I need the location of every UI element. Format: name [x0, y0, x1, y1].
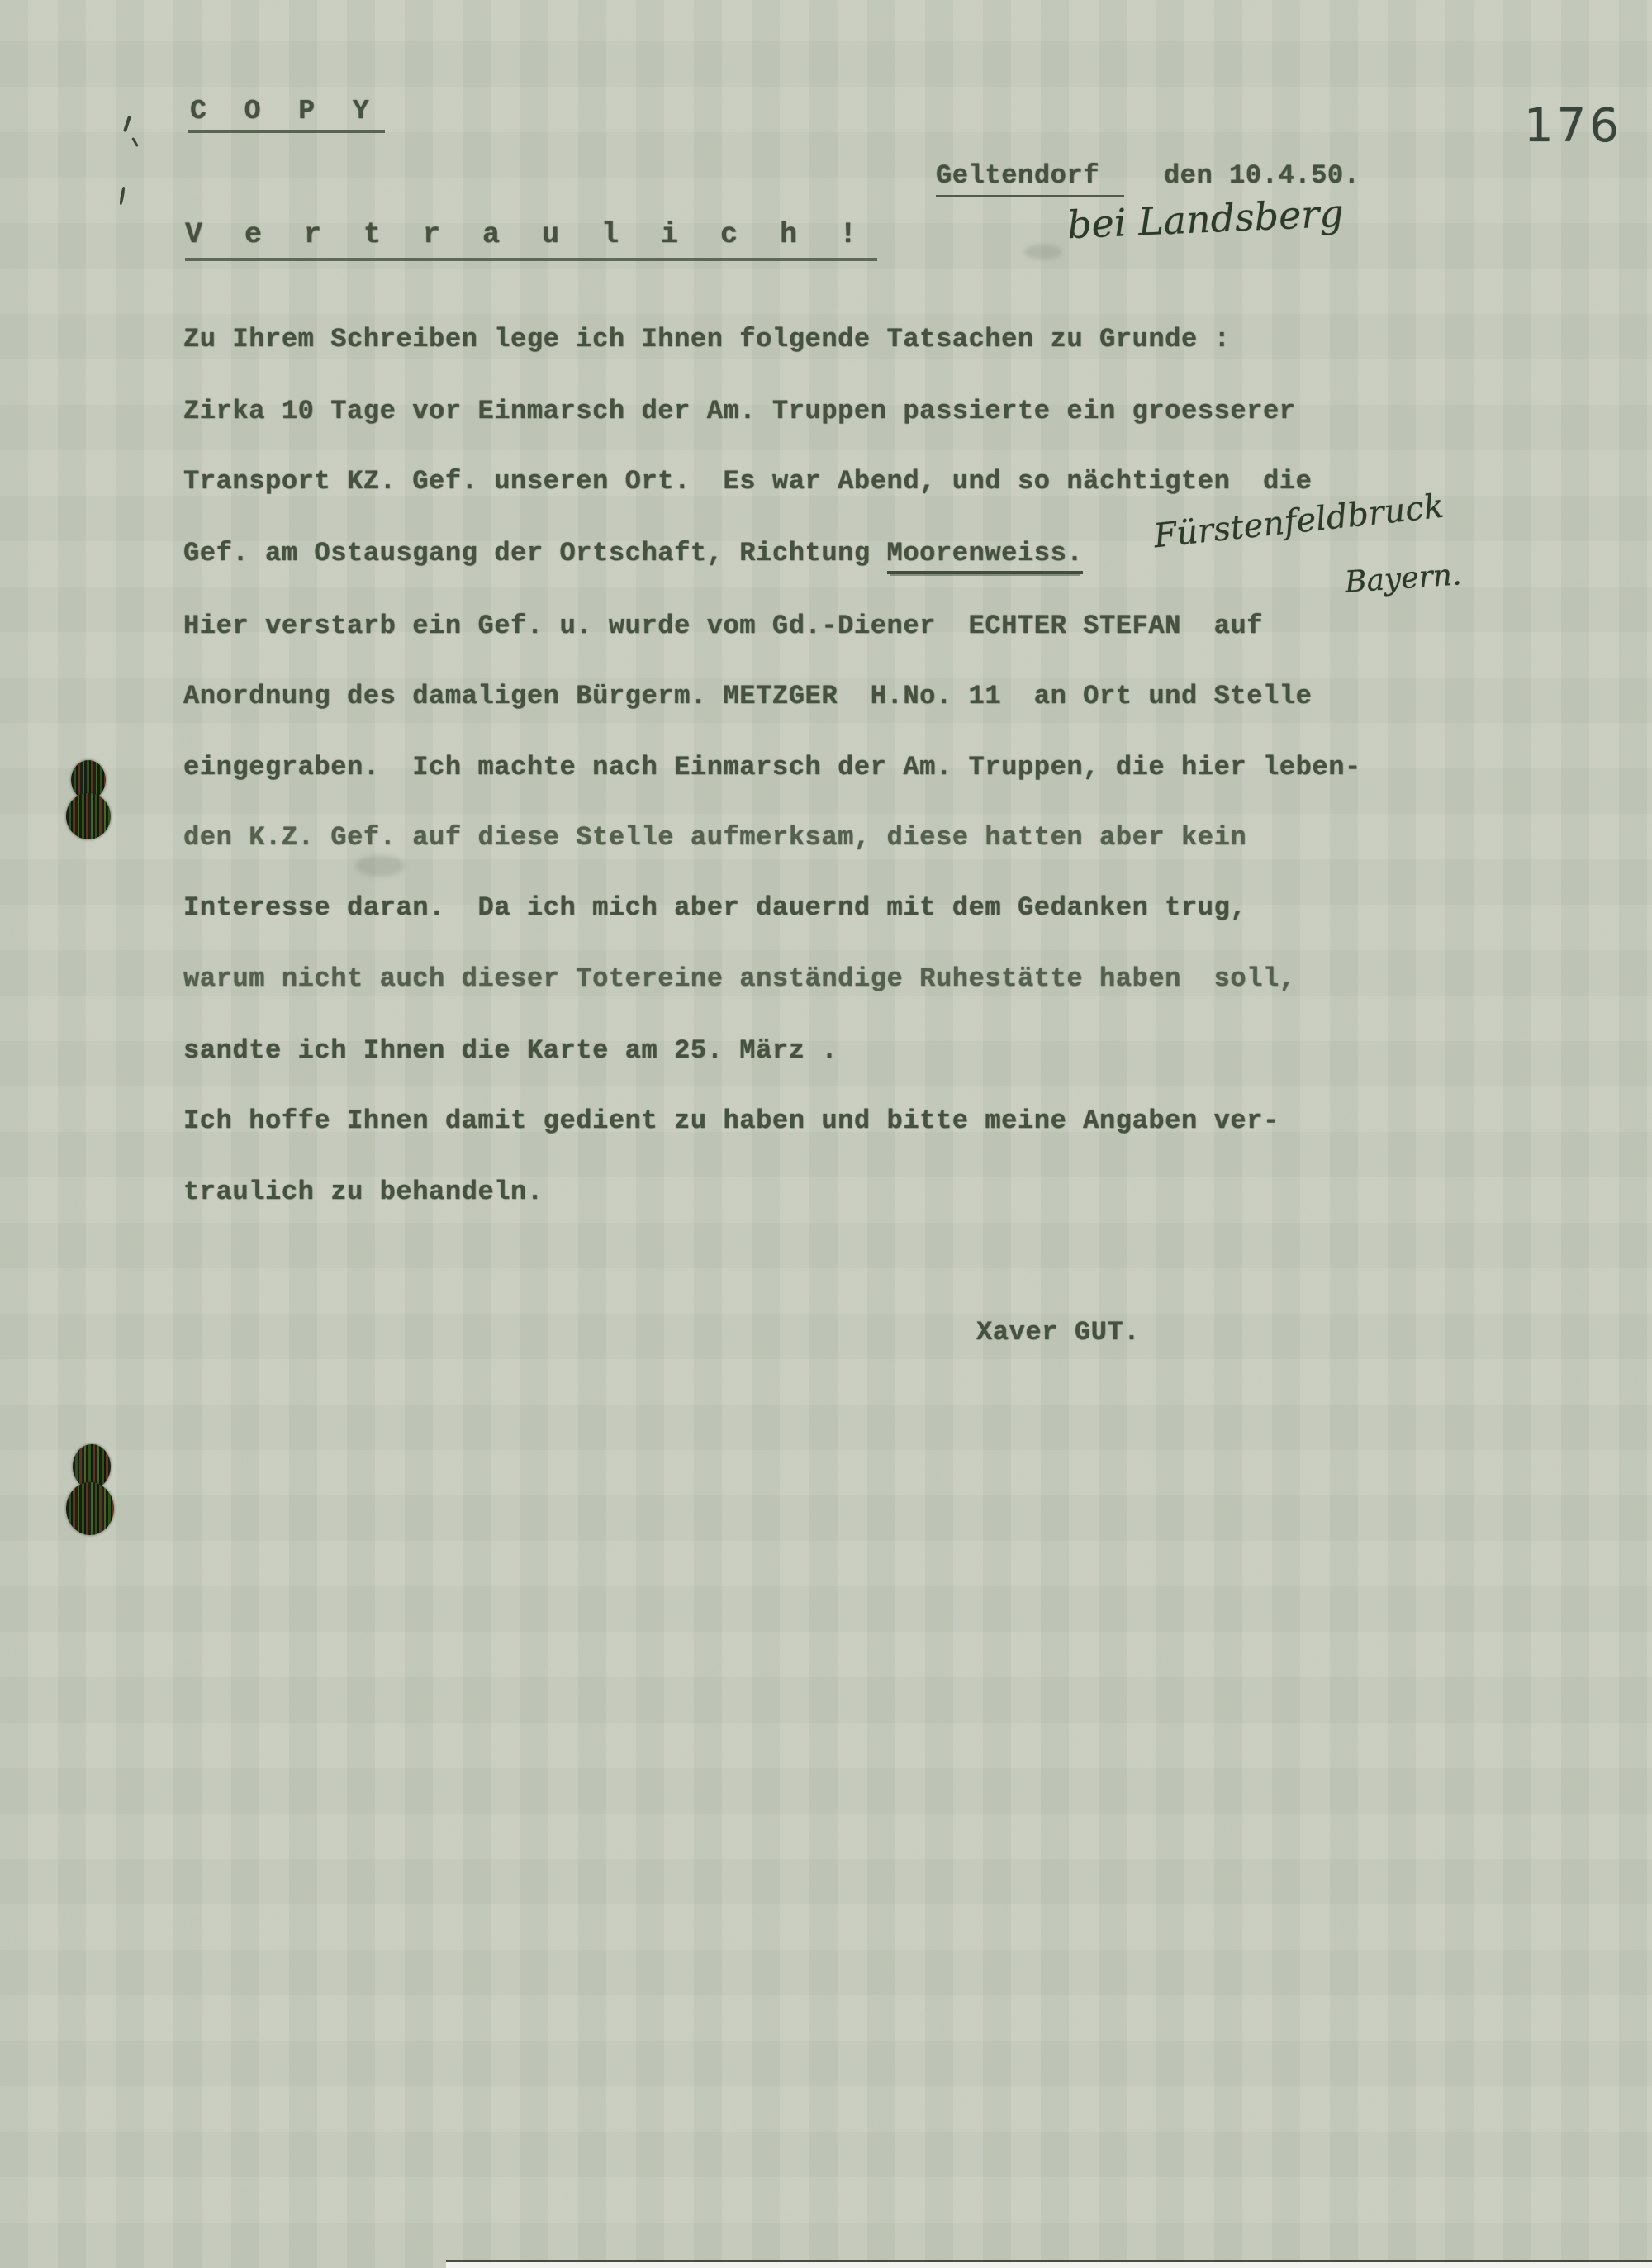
signature: Xaver GUT.: [976, 1317, 1140, 1348]
handwritten-state-note: Bayern.: [1344, 558, 1463, 600]
body-line: traulich zu behandeln.: [183, 1177, 544, 1207]
body-line: Ich hoffe Ihnen damit gedient zu haben u…: [183, 1105, 1279, 1136]
body-line-text: Gef. am Ostausgang der Ortschaft, Richtu…: [183, 538, 887, 568]
body-line: Zu Ihrem Schreiben lege ich Ihnen folgen…: [183, 324, 1230, 354]
ink-smudge: [1024, 245, 1062, 259]
body-line: Zirka 10 Tage vor Einmarsch der Am. Trup…: [183, 396, 1296, 426]
scan-edge-strip: [446, 2262, 1652, 2268]
dateline-date: den 10.4.50.: [1164, 160, 1360, 191]
dateline: Geltendorf den 10.4.50.: [936, 160, 1360, 191]
dateline-place: Geltendorf: [936, 160, 1124, 197]
stray-pen-mark: [119, 187, 126, 205]
body-line: eingegraben. Ich machte nach Einmarsch d…: [183, 752, 1361, 782]
body-line: Anordnung des damaligen Bürgerm. METZGER…: [183, 681, 1312, 711]
document-page: C O P Y Geltendorf den 10.4.50. bei Land…: [0, 0, 1652, 2268]
underlined-place-name: Moorenweiss.: [887, 538, 1084, 574]
body-line: Transport KZ. Gef. unseren Ort. Es war A…: [183, 466, 1312, 497]
stray-pen-mark: [131, 137, 139, 147]
handwritten-location-note: bei Landsberg: [1066, 191, 1345, 248]
page-number: 176: [1524, 99, 1622, 153]
body-line: warum nicht auch dieser Totereine anstän…: [183, 963, 1296, 994]
body-line: Gef. am Ostausgang der Ortschaft, Richtu…: [183, 538, 1083, 568]
stray-pen-mark: [123, 116, 131, 132]
handwritten-region-note: Fürstenfeldbruck: [1152, 487, 1446, 556]
confidential-heading: V e r t r a u l i c h !: [185, 218, 877, 261]
dateline-separator: [1124, 160, 1164, 191]
ink-smudge: [355, 855, 405, 877]
body-line: Interesse daran. Da ich mich aber dauern…: [183, 892, 1246, 923]
body-line: Hier verstarb ein Gef. u. wurde vom Gd.-…: [183, 611, 1263, 641]
body-line: sandte ich Ihnen die Karte am 25. März .: [183, 1035, 838, 1066]
body-line: den K.Z. Gef. auf diese Stelle aufmerksa…: [183, 822, 1246, 853]
copy-stamp: C O P Y: [188, 96, 385, 133]
